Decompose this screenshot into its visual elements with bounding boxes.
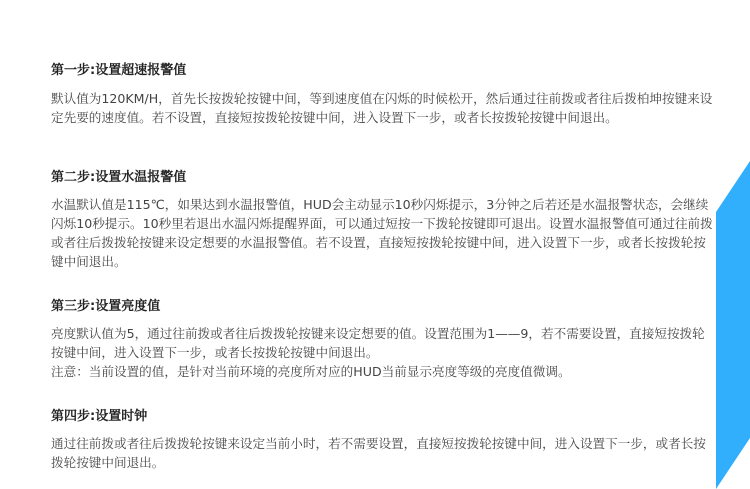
step-3-paragraph: 亮度默认值为5，通过往前拨或者往后拨拨轮按键来设定想要的值。设置范围为1——9，… [51, 324, 716, 362]
step-4-paragraph: 通过往前拨或者往后拨拨轮按键来设定当前小时，若不需要设置，直接短按拨轮按键中间，… [51, 434, 716, 472]
step-3-title: 第三步:设置亮度值 [51, 295, 160, 314]
step-2-title: 第二步:设置水温报警值 [51, 166, 186, 185]
step-4-title: 第四步:设置时钟 [51, 405, 147, 424]
step-1-title: 第一步:设置超速报警值 [51, 59, 186, 78]
step-1-paragraph: 默认值为120KM/H，首先长按拨轮按键中间，等到速度值在闪烁的时候松开，然后通… [51, 89, 716, 127]
step-2-paragraph: 水温默认值是115℃，如果达到水温报警值，HUD会主动显示10秒闪烁提示，3分钟… [51, 195, 716, 271]
step-4-body: 通过往前拨或者往后拨拨轮按键来设定当前小时，若不需要设置，直接短按拨轮按键中间，… [51, 434, 716, 472]
step-2-body: 水温默认值是115℃，如果达到水温报警值，HUD会主动显示10秒闪烁提示，3分钟… [51, 195, 716, 271]
step-1-body: 默认值为120KM/H，首先长按拨轮按键中间，等到速度值在闪烁的时候松开，然后通… [51, 89, 716, 127]
step-3-body: 亮度默认值为5，通过往前拨或者往后拨拨轮按键来设定想要的值。设置范围为1——9，… [51, 324, 716, 381]
step-3-note: 注意：当前设置的值，是针对当前环境的亮度所对应的HUD当前显示亮度等级的亮度值微… [51, 362, 716, 381]
